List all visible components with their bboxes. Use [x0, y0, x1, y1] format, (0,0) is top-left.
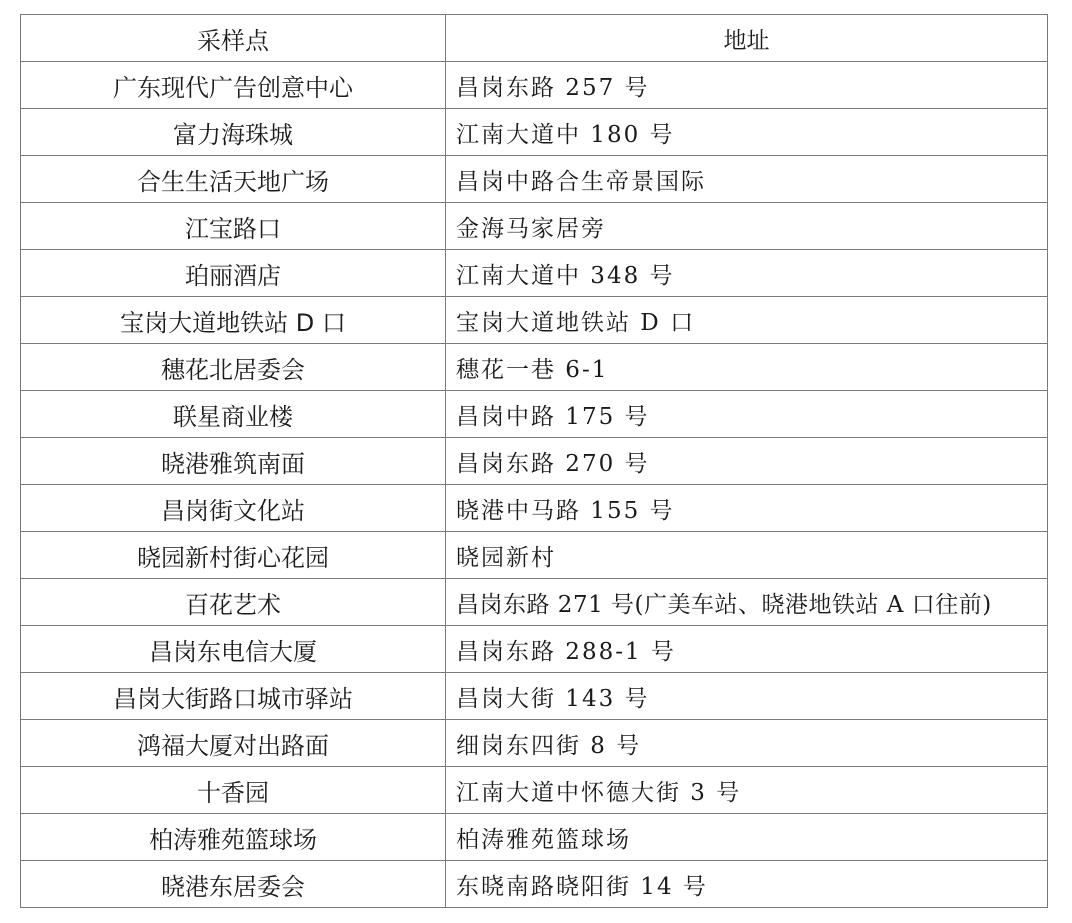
site-cell: 晓港雅筑南面: [21, 438, 446, 485]
address-cell: 昌岗大街 143 号: [446, 673, 1048, 720]
table-row: 昌岗街文化站 晓港中马路 155 号: [21, 485, 1048, 532]
table-row: 百花艺术 昌岗东路 271 号(广美车站、晓港地铁站 A 口往前): [21, 579, 1048, 626]
table-header-row: 采样点 地址: [21, 15, 1048, 62]
address-cell: 金海马家居旁: [446, 203, 1048, 250]
site-cell: 鸿福大厦对出路面: [21, 720, 446, 767]
address-cell: 穗花一巷 6-1: [446, 344, 1048, 391]
table-row: 江宝路口 金海马家居旁: [21, 203, 1048, 250]
site-cell: 百花艺术: [21, 579, 446, 626]
address-cell: 昌岗中路 175 号: [446, 391, 1048, 438]
address-cell: 昌岗东路 270 号: [446, 438, 1048, 485]
address-cell: 细岗东四街 8 号: [446, 720, 1048, 767]
site-cell: 昌岗大街路口城市驿站: [21, 673, 446, 720]
column-header-address: 地址: [446, 15, 1048, 62]
site-cell: 江宝路口: [21, 203, 446, 250]
address-cell: 东晓南路晓阳街 14 号: [446, 861, 1048, 908]
table-row: 宝岗大道地铁站 D 口 宝岗大道地铁站 D 口: [21, 297, 1048, 344]
table-row: 联星商业楼 昌岗中路 175 号: [21, 391, 1048, 438]
address-cell: 宝岗大道地铁站 D 口: [446, 297, 1048, 344]
table-row: 合生生活天地广场 昌岗中路合生帝景国际: [21, 156, 1048, 203]
address-cell: 昌岗东路 271 号(广美车站、晓港地铁站 A 口往前): [446, 579, 1048, 626]
site-cell: 珀丽酒店: [21, 250, 446, 297]
table-row: 柏涛雅苑篮球场 柏涛雅苑篮球场: [21, 814, 1048, 861]
site-cell: 晓园新村街心花园: [21, 532, 446, 579]
site-cell: 宝岗大道地铁站 D 口: [21, 297, 446, 344]
table-row: 晓港东居委会 东晓南路晓阳街 14 号: [21, 861, 1048, 908]
site-cell: 十香园: [21, 767, 446, 814]
address-cell: 昌岗东路 257 号: [446, 62, 1048, 109]
table-row: 昌岗东电信大厦 昌岗东路 288-1 号: [21, 626, 1048, 673]
site-cell: 合生生活天地广场: [21, 156, 446, 203]
site-cell: 柏涛雅苑篮球场: [21, 814, 446, 861]
table-row: 广东现代广告创意中心 昌岗东路 257 号: [21, 62, 1048, 109]
table-row: 珀丽酒店 江南大道中 348 号: [21, 250, 1048, 297]
address-cell: 晓园新村: [446, 532, 1048, 579]
site-cell: 昌岗街文化站: [21, 485, 446, 532]
table-row: 晓园新村街心花园 晓园新村: [21, 532, 1048, 579]
column-header-site: 采样点: [21, 15, 446, 62]
address-cell: 江南大道中 180 号: [446, 109, 1048, 156]
table-row: 十香园 江南大道中怀德大街 3 号: [21, 767, 1048, 814]
site-cell: 穗花北居委会: [21, 344, 446, 391]
address-cell: 晓港中马路 155 号: [446, 485, 1048, 532]
site-cell: 昌岗东电信大厦: [21, 626, 446, 673]
table-row: 昌岗大街路口城市驿站 昌岗大街 143 号: [21, 673, 1048, 720]
site-cell: 联星商业楼: [21, 391, 446, 438]
table-row: 穗花北居委会 穗花一巷 6-1: [21, 344, 1048, 391]
sampling-sites-table: 采样点 地址 广东现代广告创意中心 昌岗东路 257 号 富力海珠城 江南大道中…: [20, 14, 1048, 908]
address-cell: 江南大道中怀德大街 3 号: [446, 767, 1048, 814]
address-cell: 柏涛雅苑篮球场: [446, 814, 1048, 861]
site-cell: 晓港东居委会: [21, 861, 446, 908]
table-row: 富力海珠城 江南大道中 180 号: [21, 109, 1048, 156]
table-row: 鸿福大厦对出路面 细岗东四街 8 号: [21, 720, 1048, 767]
sampling-sites-table-container: 采样点 地址 广东现代广告创意中心 昌岗东路 257 号 富力海珠城 江南大道中…: [20, 14, 1048, 908]
site-cell: 广东现代广告创意中心: [21, 62, 446, 109]
table-row: 晓港雅筑南面 昌岗东路 270 号: [21, 438, 1048, 485]
site-cell: 富力海珠城: [21, 109, 446, 156]
address-cell: 江南大道中 348 号: [446, 250, 1048, 297]
address-cell: 昌岗中路合生帝景国际: [446, 156, 1048, 203]
address-cell: 昌岗东路 288-1 号: [446, 626, 1048, 673]
